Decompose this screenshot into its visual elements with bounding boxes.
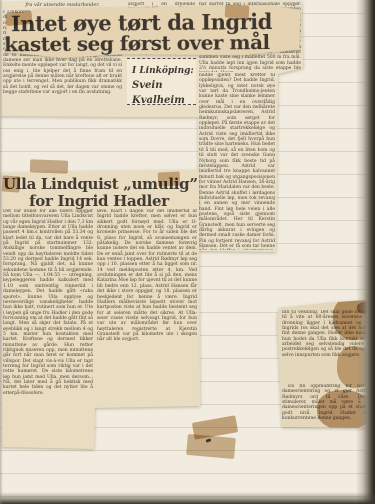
tape-stain (225, 4, 250, 18)
page-edge-left (0, 0, 3, 504)
byline-location: I Linköping: (132, 65, 196, 78)
article1-headline-line2: kastet seg først over mål (4, 32, 270, 54)
article2-column-1: Det var duket for alle tiders oppgjør me… (3, 209, 93, 444)
article1-column-3-bottom: hadde gjemt mest krefter til oppløpsside… (199, 73, 275, 250)
tape-stain (5, 11, 32, 26)
scrapbook-page: fra vår utsendte medarbeider. I Linköpin… (0, 0, 375, 504)
clipping-headline-1: Intet øye tørt da Ingrid kastet seg førs… (3, 5, 303, 61)
tape-stain (158, 171, 181, 186)
newsprint-paper: Ulla Lindquist „umulig” for Ingrid Hadle… (0, 170, 200, 450)
byline-box: I Linköping: Svein Kvalheim (127, 58, 196, 105)
tape-stain (30, 159, 68, 173)
byline-name: Svein Kvalheim (132, 78, 196, 108)
tape-stain (1, 175, 20, 192)
book-edge-right (356, 0, 375, 504)
headline-paper: Intet øye tørt da Ingrid kastet seg førs… (3, 5, 303, 61)
article2-headline-line2: for Ingrid Hadler (0, 194, 198, 209)
book-edge-bottom (0, 492, 375, 504)
clipping-article2: Ulla Lindquist „umulig” for Ingrid Hadle… (0, 170, 200, 450)
tape-stain (186, 434, 236, 459)
article2-column-2: løve. Klart i dagen var det imidlertid a… (97, 209, 197, 404)
